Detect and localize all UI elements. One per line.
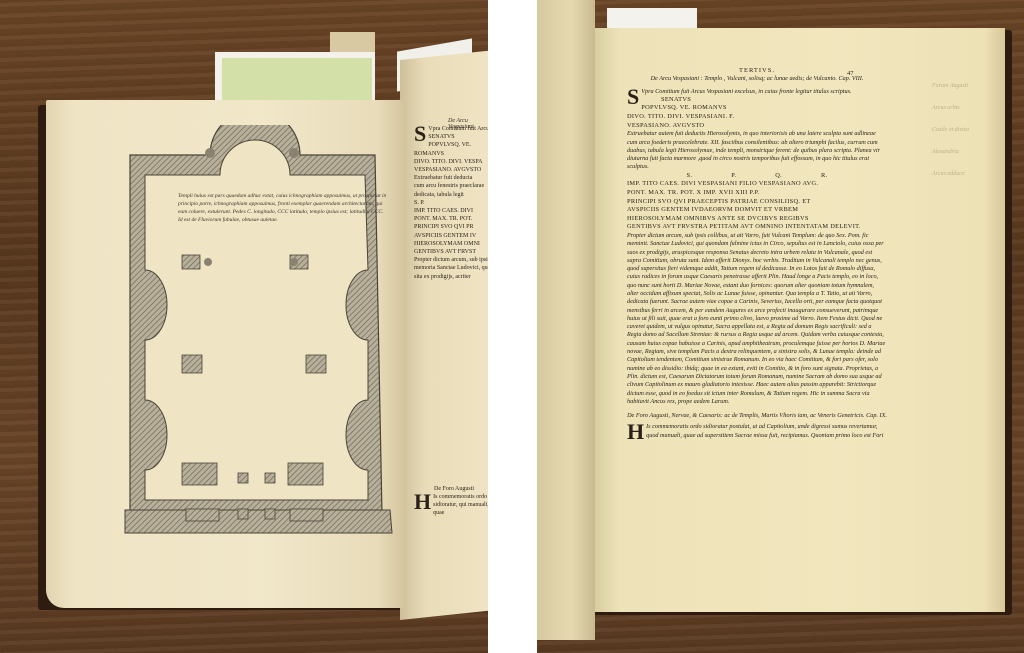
green-bookmark	[222, 58, 372, 103]
drop-cap: S	[627, 88, 639, 106]
plate-caption: Templi huius est pars quaedam adhuc exta…	[178, 192, 388, 224]
inscription: IMP. TITO CAES. DIVI VESPASIANI FILIO VE…	[627, 180, 887, 232]
drop-cap: S	[414, 125, 426, 143]
paragraph: Is commemoratis ordo sidioratur postulat…	[646, 423, 883, 438]
temple-floor-plan	[110, 125, 400, 535]
chapter-title: De Foro Augusti, Nervae, & Caesaris: ac …	[627, 412, 887, 420]
bleed-through-annotations: Forum AugustiArcus orbisCastle et divisa…	[932, 75, 1012, 185]
chapter-title: De Arcu Vespasiani : Templo , Vulcani, s…	[627, 75, 887, 83]
partial-chapter: De Foro Augusti H Is commemoratis ordo s…	[414, 485, 488, 517]
plate-page-edge	[537, 0, 595, 640]
paragraph: Propter dictum arcum, sub ipsis collibus…	[627, 232, 887, 406]
inscription: SENATVS POPVLVSQ. VE. ROMANVS DIVO. TITO…	[627, 96, 887, 130]
drop-cap: H	[627, 423, 644, 441]
left-photo: Templi huius est pars quaedam adhuc exta…	[0, 0, 488, 653]
spqr-row: S. P. Q. R.	[627, 172, 887, 181]
page-text: TERTIVS. De Arcu Vespasiani : Templo , V…	[627, 67, 887, 441]
paragraph: Extruebatur autem fuit deductis Hierosol…	[627, 130, 887, 171]
partial-page-text: S Vpra Comitium fuit Arcus SENATVS POPVL…	[414, 125, 488, 485]
right-photo: Forum AugustiArcus orbisCastle et divisa…	[537, 0, 1024, 653]
running-head: TERTIVS.	[627, 67, 887, 75]
